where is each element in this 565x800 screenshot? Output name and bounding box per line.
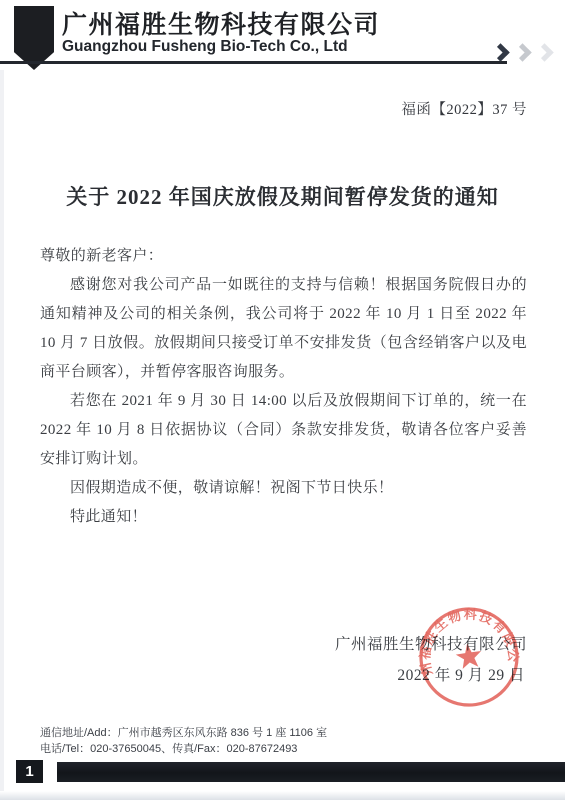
salutation: 尊敬的新老客户：	[40, 242, 527, 271]
notice-title: 关于 2022 年国庆放假及期间暂停发货的通知	[0, 181, 565, 211]
notice-body: 尊敬的新老客户： 感谢您对我公司产品一如既往的支持与信赖！根据国务院假日办的通知…	[40, 242, 527, 532]
page-number-badge: 1	[16, 760, 43, 783]
company-name-cn: 广州福胜生物科技有限公司	[62, 5, 502, 41]
svg-text:广州福胜生物科技有限公司: 广州福胜生物科技有限公司	[399, 587, 522, 680]
header-divider	[0, 61, 507, 64]
doc-reference-number: 福函【2022】37 号	[401, 98, 527, 119]
paragraph: 因假期造成不便，敬请谅解！祝阁下节日快乐！	[40, 474, 527, 503]
paragraph: 感谢您对我公司产品一如既往的支持与信赖！根据国务院假日办的通知精神及公司的相关条…	[40, 271, 527, 387]
footer-bar	[57, 762, 565, 782]
star-icon	[454, 642, 483, 670]
company-seal-stamp: 广州福胜生物科技有限公司	[399, 587, 539, 727]
paragraph: 特此通知！	[40, 503, 527, 532]
document-page: 广州福胜生物科技有限公司 Guangzhou Fusheng Bio-Tech …	[0, 0, 565, 800]
chevron-right-icon	[535, 43, 553, 61]
paragraph: 若您在 2021 年 9 月 30 日 14:00 以后及放假期间下订单的，统一…	[40, 387, 527, 474]
chevron-right-icon	[513, 43, 531, 61]
scan-edge-left	[0, 70, 4, 792]
company-name-en: Guangzhou Fusheng Bio-Tech Co., Ltd	[62, 38, 502, 56]
footer-contact: 通信地址/Add：广州市越秀区东风东路 836 号 1 座 1106 室 电话/…	[40, 725, 520, 757]
footer-address: 通信地址/Add：广州市越秀区东风东路 836 号 1 座 1106 室	[40, 725, 520, 741]
scan-edge-bottom	[0, 791, 565, 800]
footer-tel-fax: 电话/Tel：020-37650045、传真/Fax：020-87672493	[40, 741, 520, 757]
seal-arc-text: 广州福胜生物科技有限公司	[399, 587, 522, 680]
